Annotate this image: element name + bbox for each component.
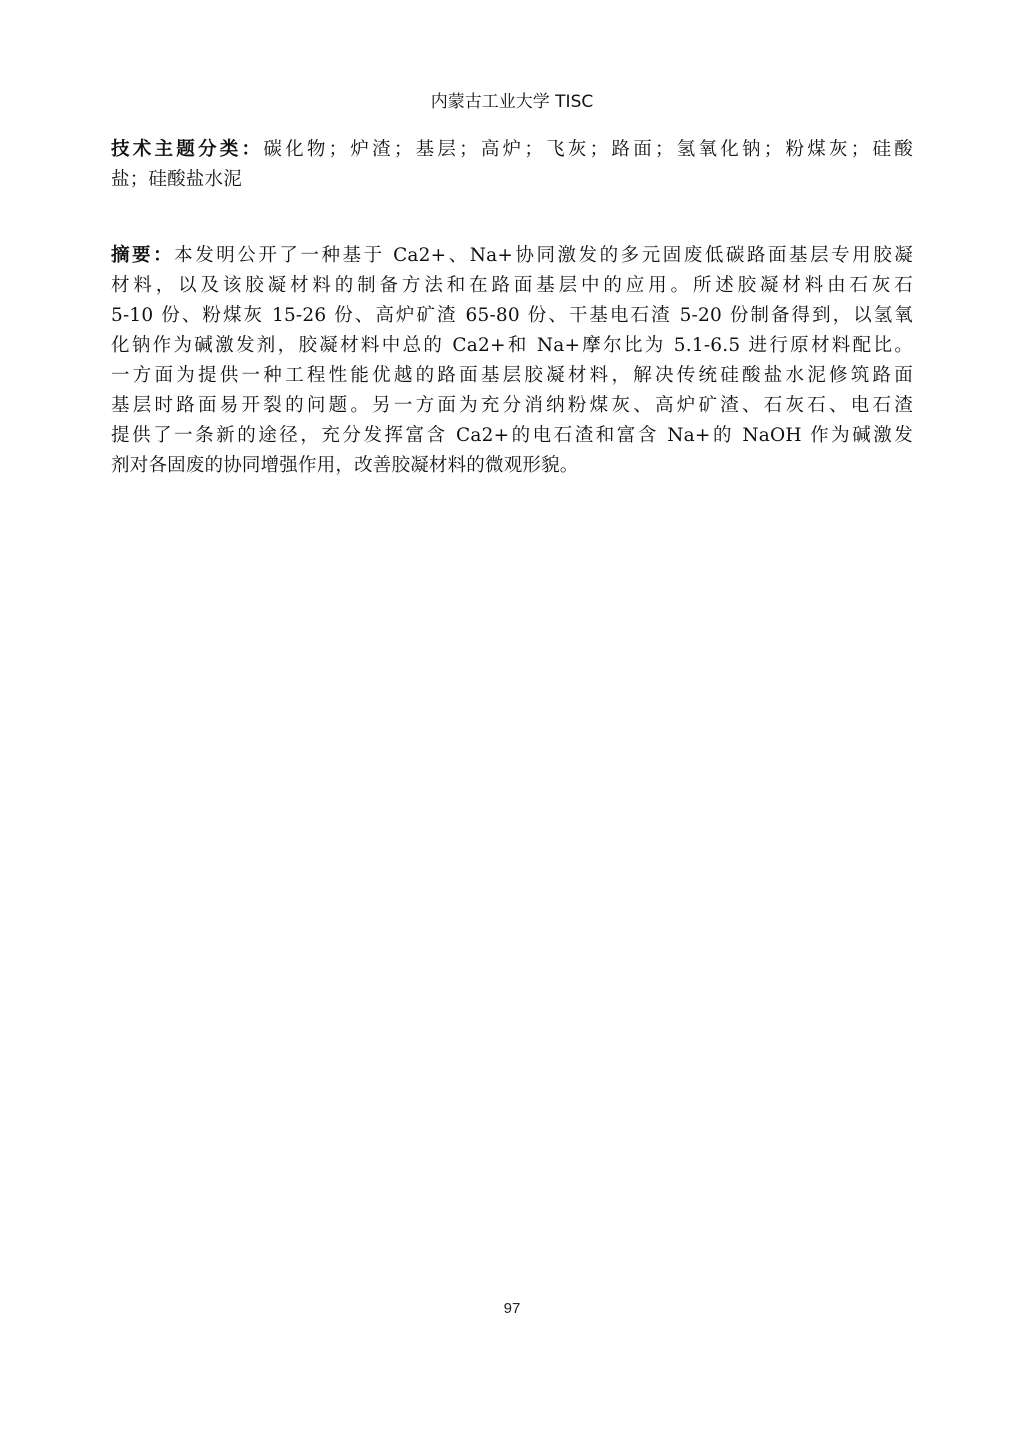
topics-label: 技术主题分类： [111,139,263,160]
topics-text-1: 碳化物；炉渣；基层；高炉；飞灰；路面；氢氧化钠；粉煤灰；硅酸 [263,139,913,160]
abstract-line-1: 摘要：本发明公开了一种基于 Ca2+、Na+协同激发的多元固废低碳路面基层专用胶… [111,241,913,271]
page-header: 内蒙古工业大学 TISC [0,90,1024,114]
abstract-line-4: 化钠作为碱激发剂，胶凝材料中总的 Ca2+和 Na+摩尔比为 5.1-6.5 进… [111,331,913,361]
topics-line-2: 盐；硅酸盐水泥 [111,165,913,195]
abstract-text-1: 本发明公开了一种基于 Ca2+、Na+协同激发的多元固废低碳路面基层专用胶凝 [174,245,913,266]
abstract-line-3: 5-10 份、粉煤灰 15-26 份、高炉矿渣 65-80 份、干基电石渣 5-… [111,301,913,331]
institution-title: 内蒙古工业大学 TISC [431,92,593,112]
topics-line-1: 技术主题分类：碳化物；炉渣；基层；高炉；飞灰；路面；氢氧化钠；粉煤灰；硅酸 [111,135,913,165]
abstract-line-7: 提供了一条新的途径，充分发挥富含 Ca2+的电石渣和富含 Na+的 NaOH 作… [111,421,913,451]
technical-topics-section: 技术主题分类：碳化物；炉渣；基层；高炉；飞灰；路面；氢氧化钠；粉煤灰；硅酸 盐；… [111,135,913,195]
abstract-line-2: 材料，以及该胶凝材料的制备方法和在路面基层中的应用。所述胶凝材料由石灰石 [111,271,913,301]
abstract-line-8: 剂对各固废的协同增强作用，改善胶凝材料的微观形貌。 [111,451,913,481]
abstract-line-5: 一方面为提供一种工程性能优越的路面基层胶凝材料，解决传统硅酸盐水泥修筑路面 [111,361,913,391]
abstract-label: 摘要： [111,245,174,266]
abstract-section: 摘要：本发明公开了一种基于 Ca2+、Na+协同激发的多元固废低碳路面基层专用胶… [111,241,913,481]
abstract-line-6: 基层时路面易开裂的问题。另一方面为充分消纳粉煤灰、高炉矿渣、石灰石、电石渣 [111,391,913,421]
page-number: 97 [0,1300,1024,1317]
